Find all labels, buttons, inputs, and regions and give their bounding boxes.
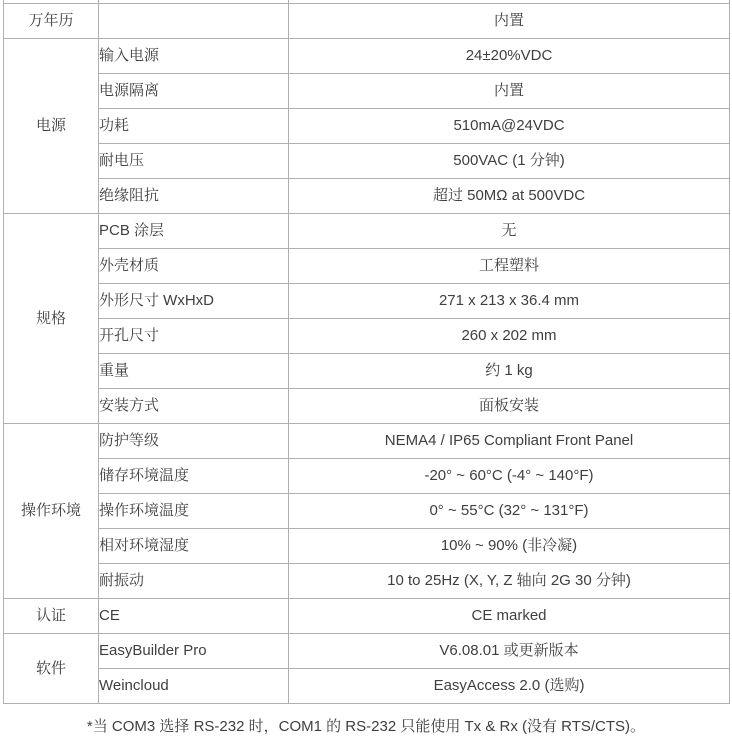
table-row: 操作环境温度 0° ~ 55°C (32° ~ 131°F): [4, 494, 730, 529]
spec-item-cell: 外形尺寸 WxHxD: [99, 284, 289, 319]
spec-value-cell: 510mA@24VDC: [289, 109, 730, 144]
category-cell-specs: 规格: [4, 214, 99, 424]
table-row: 耐振动 10 to 25Hz (X, Y, Z 轴向 2G 30 分钟): [4, 564, 730, 599]
table-row: Weincloud EasyAccess 2.0 (选购): [4, 669, 730, 704]
table-row: 相对环境湿度 10% ~ 90% (非冷凝): [4, 529, 730, 564]
table-row: 重量 约 1 kg: [4, 354, 730, 389]
spec-item-cell: 相对环境湿度: [99, 529, 289, 564]
spec-item-cell: 开孔尺寸: [99, 319, 289, 354]
category-cell-power: 电源: [4, 39, 99, 214]
table-row: 耐电压 500VAC (1 分钟): [4, 144, 730, 179]
spec-value-cell: 260 x 202 mm: [289, 319, 730, 354]
table-row: 操作环境 防护等级 NEMA4 / IP65 Compliant Front P…: [4, 424, 730, 459]
spec-value-cell: 约 1 kg: [289, 354, 730, 389]
spec-item-cell: 绝缘阻抗: [99, 179, 289, 214]
table-row: 绝缘阻抗 超过 50MΩ at 500VDC: [4, 179, 730, 214]
table-row: 规格 PCB 涂层 无: [4, 214, 730, 249]
table-row: 电源隔离 内置: [4, 74, 730, 109]
footnote: *当 COM3 选择 RS-232 时，COM1 的 RS-232 只能使用 T…: [0, 715, 732, 736]
spec-value-cell: NEMA4 / IP65 Compliant Front Panel: [289, 424, 730, 459]
spec-value-cell: 0° ~ 55°C (32° ~ 131°F): [289, 494, 730, 529]
table-row: 功耗 510mA@24VDC: [4, 109, 730, 144]
spec-item-cell: 重量: [99, 354, 289, 389]
spec-item-cell: 耐振动: [99, 564, 289, 599]
spec-item-cell: EasyBuilder Pro: [99, 634, 289, 669]
spec-item-cell: Weincloud: [99, 669, 289, 704]
spec-value-cell: -20° ~ 60°C (-4° ~ 140°F): [289, 459, 730, 494]
spec-value-cell: 面板安装: [289, 389, 730, 424]
spec-value-cell: EasyAccess 2.0 (选购): [289, 669, 730, 704]
table-row: 储存环境温度 -20° ~ 60°C (-4° ~ 140°F): [4, 459, 730, 494]
spec-item-cell: PCB 涂层: [99, 214, 289, 249]
spec-item-cell: [99, 4, 289, 39]
spec-item-cell: 储存环境温度: [99, 459, 289, 494]
spec-item-cell: 防护等级: [99, 424, 289, 459]
spec-table: 万年历 内置 电源 输入电源 24±20%VDC 电源隔离 内置 功耗 510m…: [3, 0, 730, 704]
spec-value-cell: 500VAC (1 分钟): [289, 144, 730, 179]
spec-value-cell: 24±20%VDC: [289, 39, 730, 74]
spec-value-cell: 内置: [289, 4, 730, 39]
spec-item-cell: 外壳材质: [99, 249, 289, 284]
spec-value-cell: 内置: [289, 74, 730, 109]
spec-value-cell: CE marked: [289, 599, 730, 634]
spec-value-cell: V6.08.01 或更新版本: [289, 634, 730, 669]
spec-item-cell: CE: [99, 599, 289, 634]
table-row: 安装方式 面板安装: [4, 389, 730, 424]
table-row: 万年历 内置: [4, 4, 730, 39]
table-row: 外壳材质 工程塑料: [4, 249, 730, 284]
spec-value-cell: 工程塑料: [289, 249, 730, 284]
spec-value-cell: 10 to 25Hz (X, Y, Z 轴向 2G 30 分钟): [289, 564, 730, 599]
table-row: 认证 CE CE marked: [4, 599, 730, 634]
category-cell-certification: 认证: [4, 599, 99, 634]
spec-value-cell: 超过 50MΩ at 500VDC: [289, 179, 730, 214]
spec-item-cell: 安装方式: [99, 389, 289, 424]
spec-item-cell: 耐电压: [99, 144, 289, 179]
spec-value-cell: 10% ~ 90% (非冷凝): [289, 529, 730, 564]
category-cell-calendar: 万年历: [4, 4, 99, 39]
table-row: 电源 输入电源 24±20%VDC: [4, 39, 730, 74]
table-row: 软件 EasyBuilder Pro V6.08.01 或更新版本: [4, 634, 730, 669]
category-cell-software: 软件: [4, 634, 99, 704]
table-row: 开孔尺寸 260 x 202 mm: [4, 319, 730, 354]
spec-value-cell: 271 x 213 x 36.4 mm: [289, 284, 730, 319]
table-row: 外形尺寸 WxHxD 271 x 213 x 36.4 mm: [4, 284, 730, 319]
category-cell-environment: 操作环境: [4, 424, 99, 599]
spec-item-cell: 功耗: [99, 109, 289, 144]
spec-item-cell: 操作环境温度: [99, 494, 289, 529]
spec-item-cell: 输入电源: [99, 39, 289, 74]
spec-value-cell: 无: [289, 214, 730, 249]
spec-item-cell: 电源隔离: [99, 74, 289, 109]
